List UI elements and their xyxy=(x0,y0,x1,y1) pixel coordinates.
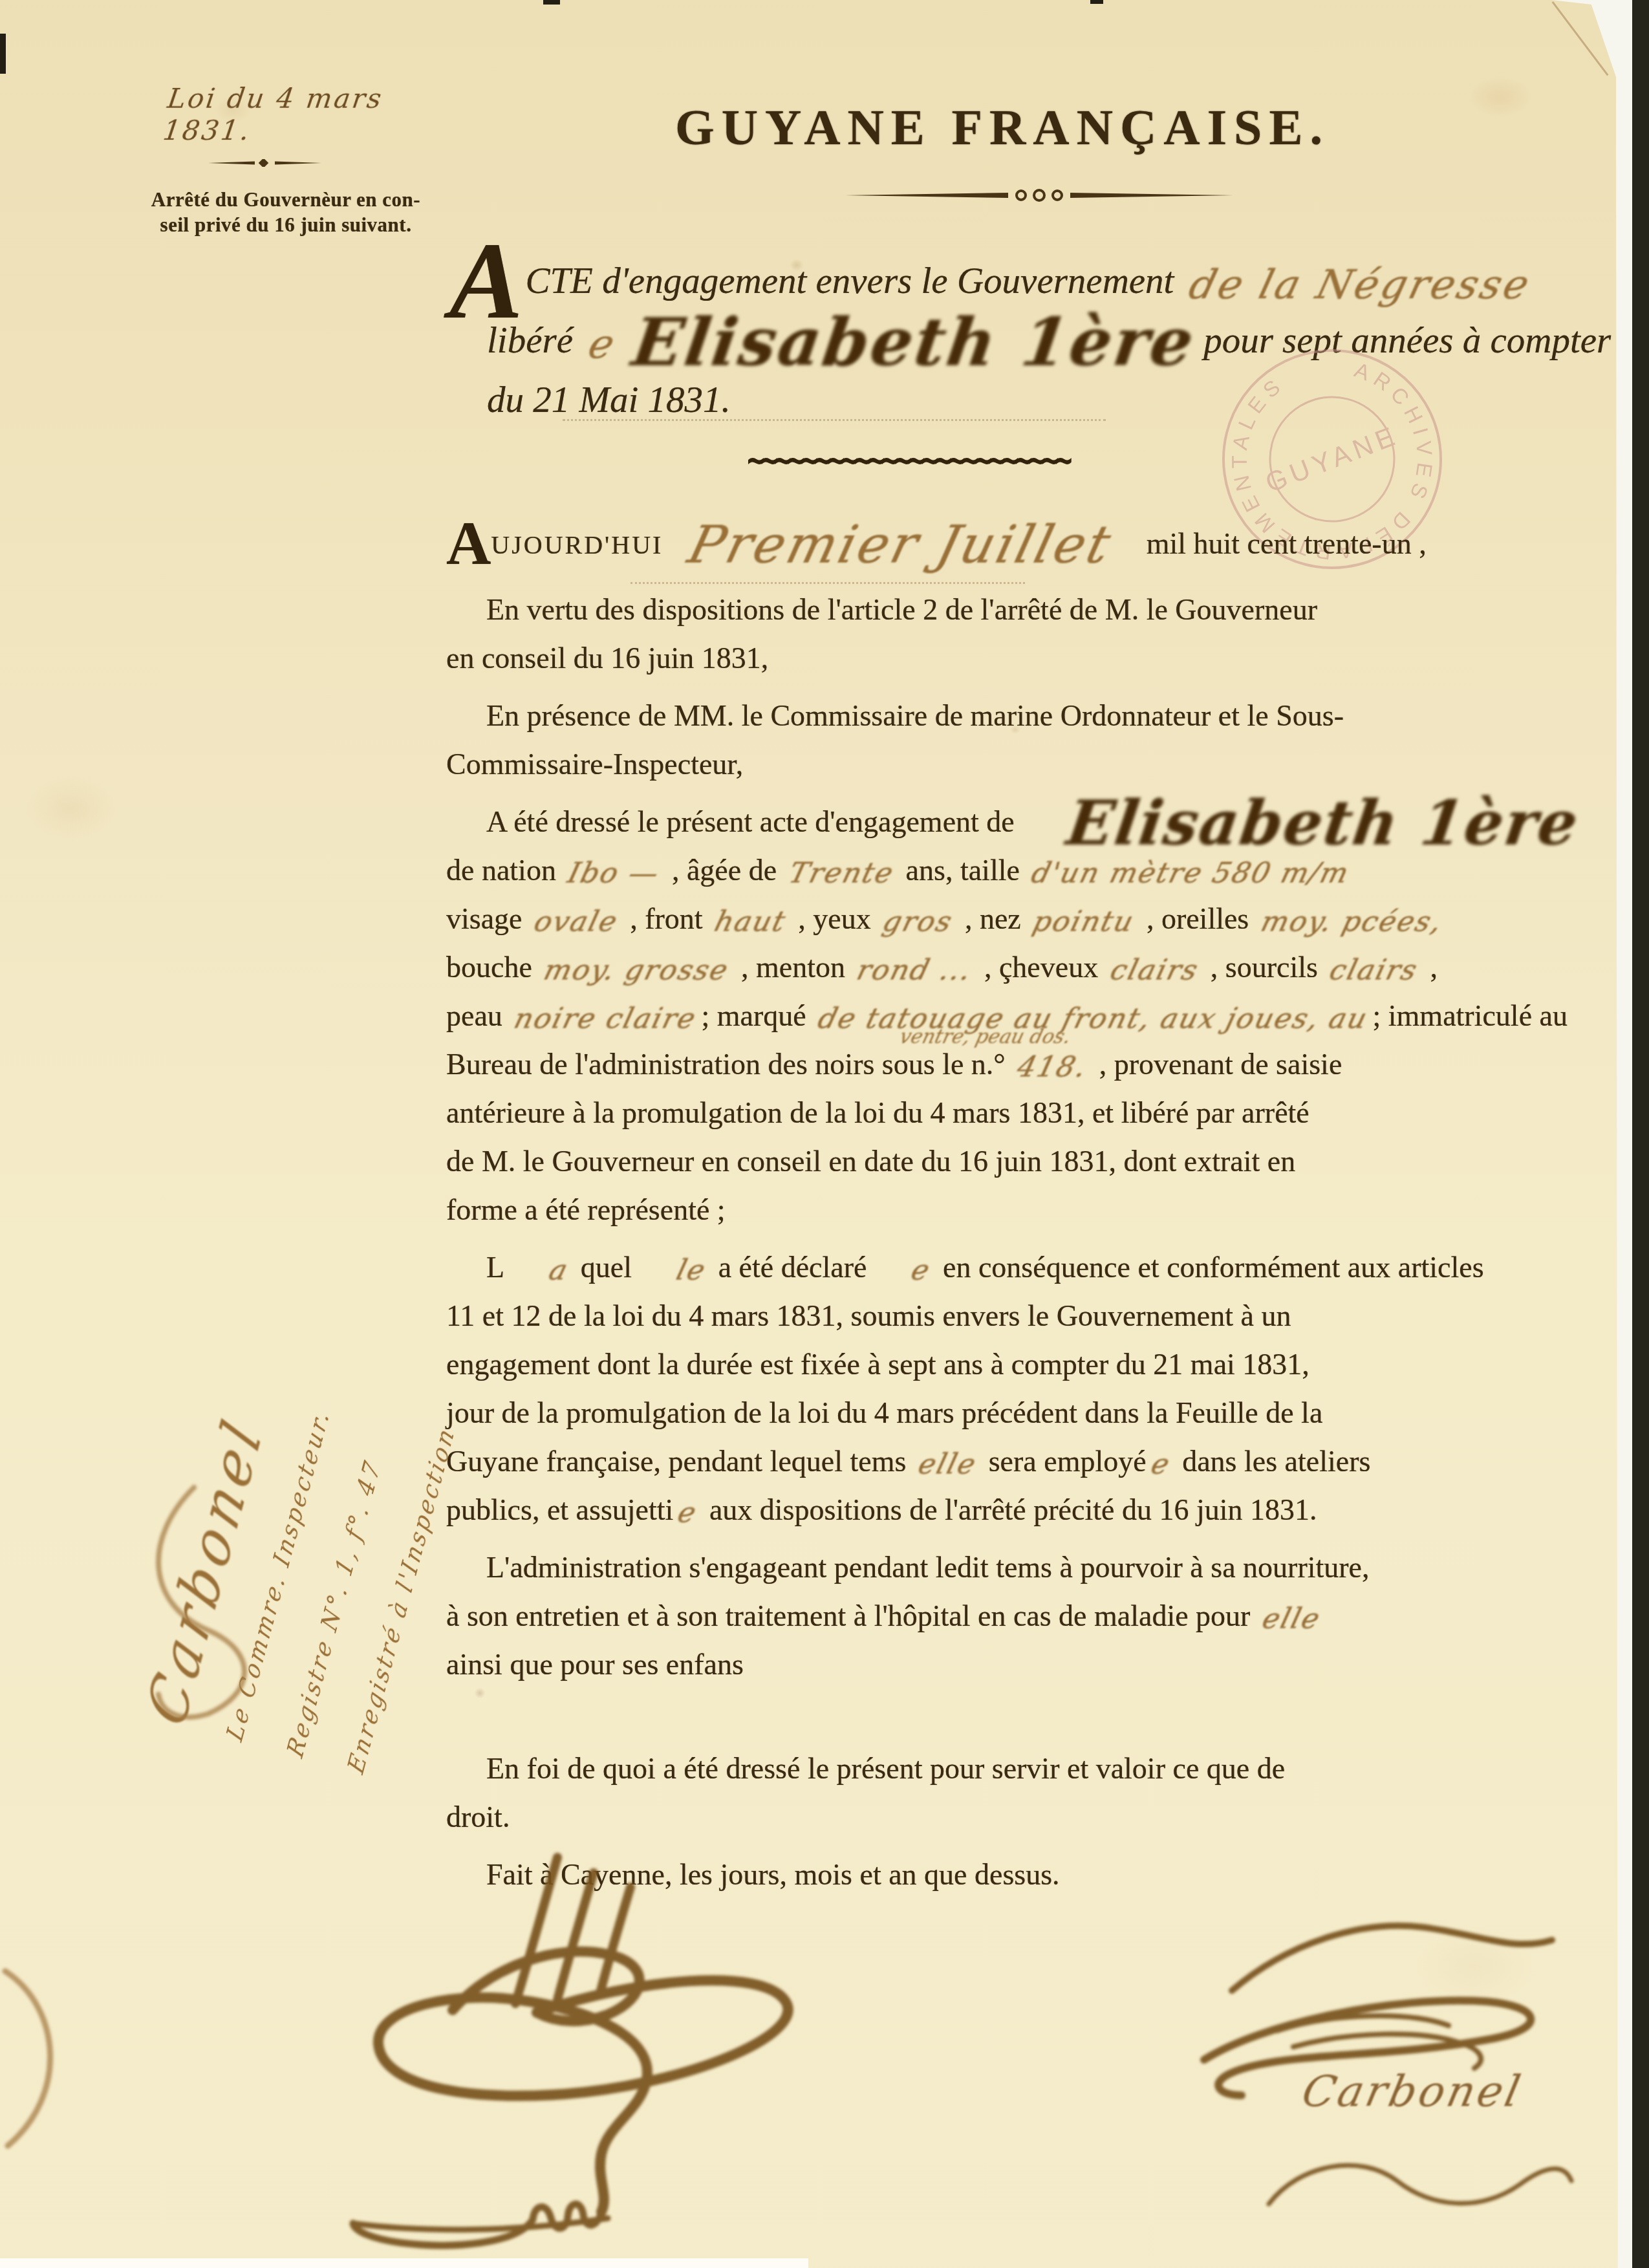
corner-note: Loi du 4 mars 1831. Arrêté du Gouvernèur… xyxy=(144,83,428,237)
blank-fill-rule xyxy=(630,582,1025,584)
text-line: forme a été représenté ; xyxy=(446,1185,1507,1234)
printed-text: en conseil du 16 juin 1831, xyxy=(446,642,768,675)
printed-text: à son entretien et à son traitement à l'… xyxy=(446,1599,1258,1632)
text-line: 11 et 12 de la loi du 4 mars 1831, soumi… xyxy=(446,1291,1507,1340)
printed-text: , sourcils xyxy=(1203,951,1325,984)
printed-text: , front xyxy=(623,902,710,935)
paragraph: En présence de MM. le Commissaire de mar… xyxy=(446,691,1507,788)
printed-text: aux dispositions de l'arrêté précité du … xyxy=(702,1493,1317,1526)
printed-text: , oreilles xyxy=(1139,902,1256,935)
text-line: jour de la promulgation de la loi du 4 m… xyxy=(446,1388,1507,1437)
printed-text: antérieure à la promulgation de la loi d… xyxy=(446,1096,1309,1129)
scan-artifact xyxy=(0,34,6,74)
printed-text: peau xyxy=(446,999,510,1032)
printed-text: , menton xyxy=(733,951,852,984)
text-line: engagement dont la durée est fixée à sep… xyxy=(446,1340,1507,1388)
blank-fill-rule xyxy=(563,419,1106,421)
printed-text: L xyxy=(486,1251,504,1284)
printed-text: en conséquence et conformément aux artic… xyxy=(936,1251,1484,1284)
printed-text: a été déclaré xyxy=(711,1251,867,1284)
printed-text: A xyxy=(446,508,491,578)
signature-carbonel: Carbonel xyxy=(1298,2067,1527,2117)
printed-text: En foi de quoi a été dressé le présent p… xyxy=(486,1752,1285,1785)
handwritten-law-note: Loi du 4 mars 1831. xyxy=(161,83,433,146)
page-title: GUYANE FRANÇAISE. xyxy=(582,98,1423,157)
printed-text: quel xyxy=(573,1251,632,1284)
squiggle-divider: ~~~~~~~~~~~~~~~~~~~~~~~~ xyxy=(747,437,1044,482)
paragraph: En foi de quoi a été dressé le présent p… xyxy=(446,1744,1507,1841)
printed-text: Commissaire-Inspecteur, xyxy=(446,748,743,781)
printed-text: bouche xyxy=(446,951,539,984)
decree-note-line: Arrêté du Gouvernèur en con- xyxy=(144,187,428,212)
printed-text: du 21 Mai 1831. xyxy=(487,380,731,420)
scan-artifact xyxy=(0,2258,808,2268)
text-line: Fait à Cayenne, les jours, mois et an qu… xyxy=(446,1850,1507,1899)
printed-text: mil huit cent trente-un , xyxy=(1139,527,1427,560)
paragraph: L'administration s'engageant pendant led… xyxy=(446,1543,1507,1689)
printed-text: sera employé xyxy=(981,1445,1146,1478)
text-line: en conseil du 16 juin 1831, xyxy=(446,634,1507,682)
printed-text: forme a été représenté ; xyxy=(446,1193,726,1226)
text-line: bouche moy. grosse , menton rond ... , ç… xyxy=(446,943,1507,991)
printed-text: UJOURD'HUI xyxy=(491,530,663,559)
text-line: visage ovale , front haut , yeux gros , … xyxy=(446,894,1507,943)
text-line: En vertu des dispositions de l'article 2… xyxy=(446,585,1507,634)
stamp-center-text: GUYANE xyxy=(1261,420,1403,498)
text-line: Commissaire-Inspecteur, xyxy=(446,740,1507,788)
printed-text: 11 et 12 de la loi du 4 mars 1831, soumi… xyxy=(446,1299,1291,1332)
printed-text: engagement dont la durée est fixée à sep… xyxy=(446,1348,1309,1381)
printed-text: , yeux xyxy=(791,902,878,935)
printed-text: Fait à Cayenne, les jours, mois et an qu… xyxy=(486,1858,1060,1891)
printed-text: Bureau de l'administration des noirs sou… xyxy=(446,1048,1013,1081)
interline-note: ventre, peau dos. xyxy=(898,1026,1073,1048)
printed-text: , çheveux xyxy=(976,951,1105,984)
scanned-document-page: Loi du 4 mars 1831. Arrêté du Gouvernèur… xyxy=(0,0,1649,2268)
printed-text: En vertu des dispositions de l'article 2… xyxy=(486,593,1317,626)
printed-text: libéré xyxy=(487,320,573,361)
handwritten-entry: e xyxy=(584,320,622,367)
printed-text: ; marqué xyxy=(701,999,814,1032)
printed-text: de M. le Gouverneur en conseil en date d… xyxy=(446,1145,1295,1178)
scan-artifact xyxy=(543,0,560,5)
handwritten-entry: Premier Juillet xyxy=(683,515,1119,575)
printed-text: A été dressé le présent acte d'engagemen… xyxy=(486,805,1015,838)
printed-text: ans, taille xyxy=(898,854,1027,887)
printed-text: de nation xyxy=(446,854,563,887)
handwritten-entry: de la Négresse xyxy=(1185,261,1536,308)
text-line: de M. le Gouverneur en conseil en date d… xyxy=(446,1137,1507,1185)
printed-text: , xyxy=(1423,951,1438,984)
text-line: droit. xyxy=(446,1793,1507,1841)
text-line: antérieure à la promulgation de la loi d… xyxy=(446,1088,1507,1137)
text-line: En foi de quoi a été dressé le présent p… xyxy=(446,1744,1507,1793)
small-divider-ornament xyxy=(208,159,321,167)
printed-text: CTE d'engagement envers le Gouvernement xyxy=(525,261,1174,301)
printed-text: ainsi que pour ses enfans xyxy=(446,1648,744,1681)
dateline: AUJOURD'HUIPremier Juillet mil huit cent… xyxy=(446,515,1533,575)
margin-annotation-line: Registre N°. 1, f°. 47 xyxy=(283,1363,411,1762)
paragraph: La quelle a été déclarée en conséquence … xyxy=(446,1243,1507,1534)
printed-text: L'administration s'engageant pendant led… xyxy=(486,1551,1370,1584)
text-line: AUJOURD'HUIPremier Juillet mil huit cent… xyxy=(446,515,1533,575)
body-text: En vertu des dispositions de l'article 2… xyxy=(446,585,1507,1899)
scanner-edge-strip xyxy=(1632,0,1649,2268)
printed-text: Guyane française, pendant lequel tems xyxy=(446,1445,914,1478)
text-line: A été dressé le présent acte d'engagemen… xyxy=(446,797,1507,846)
printed-text: dans les ateliers xyxy=(1175,1445,1371,1478)
printed-text: , nez xyxy=(957,902,1028,935)
paragraph: A été dressé le présent acte d'engagemen… xyxy=(446,797,1507,1234)
text-line: ainsi que pour ses enfans xyxy=(446,1640,1507,1689)
printed-text: , provenant de saisie xyxy=(1092,1048,1342,1081)
printed-text: ; immatriculé au xyxy=(1373,999,1568,1032)
text-line: L'administration s'engageant pendant led… xyxy=(446,1543,1507,1592)
text-line: Guyane française, pendant lequel tems el… xyxy=(446,1437,1507,1485)
printed-text: jour de la promulgation de la loi du 4 m… xyxy=(446,1396,1322,1429)
decree-note-line: seil privé du 16 juin suivant. xyxy=(144,212,428,237)
paragraph: En vertu des dispositions de l'article 2… xyxy=(446,585,1507,682)
text-line: publics, et assujettie aux dispositions … xyxy=(446,1485,1507,1534)
printed-text: visage xyxy=(446,902,530,935)
text-line: La quelle a été déclarée en conséquence … xyxy=(446,1243,1507,1291)
scan-artifact xyxy=(1090,0,1103,4)
printed-text: En présence de MM. le Commissaire de mar… xyxy=(486,699,1344,732)
paragraph: Fait à Cayenne, les jours, mois et an qu… xyxy=(446,1850,1507,1899)
text-line: En présence de MM. le Commissaire de mar… xyxy=(446,691,1507,740)
text-line: à son entretien et à son traitement à l'… xyxy=(446,1592,1507,1640)
title-divider-ornament xyxy=(845,188,1233,203)
printed-text: droit. xyxy=(446,1800,510,1833)
printed-text: , âgée de xyxy=(664,854,784,887)
